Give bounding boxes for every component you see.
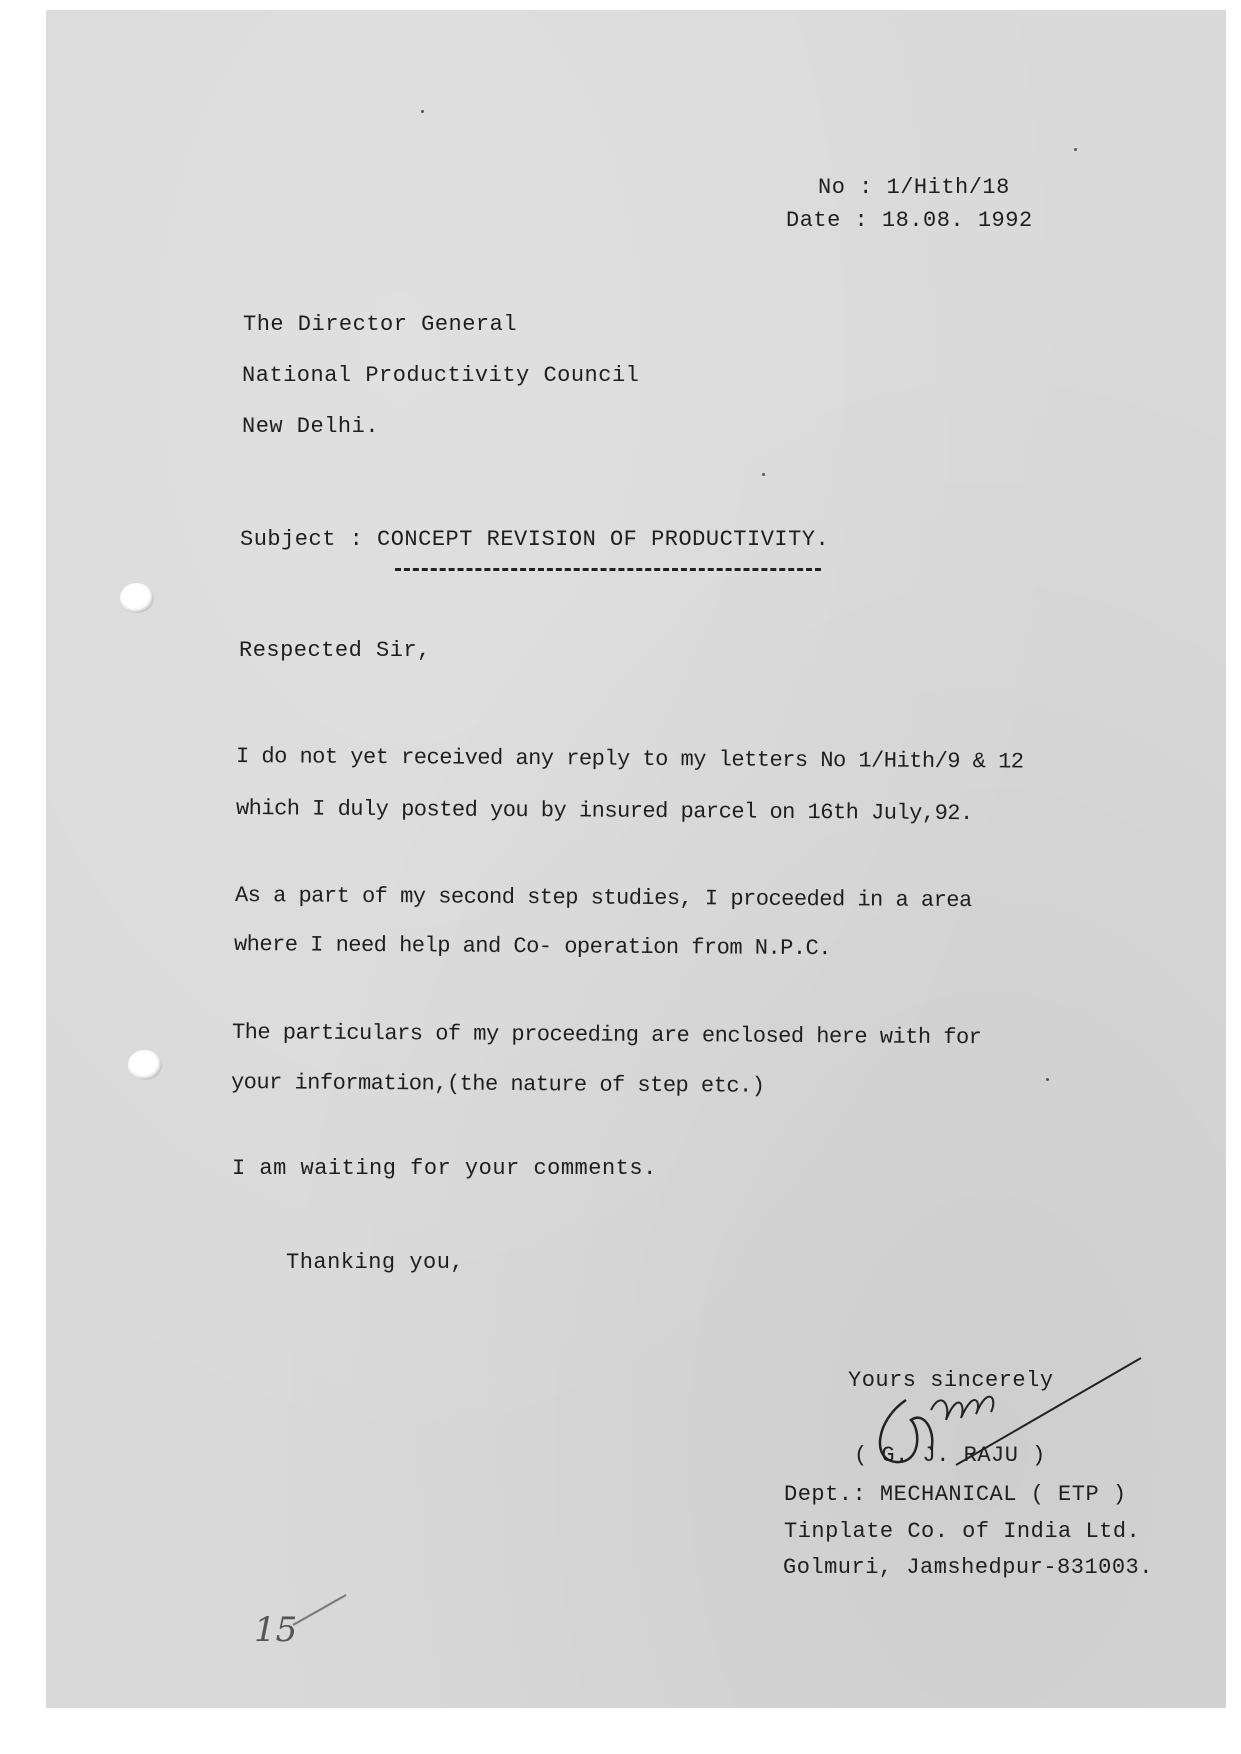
subject-text: CONCEPT REVISION OF PRODUCTIVITY.	[377, 527, 829, 552]
body-paragraph-1-line-2: which I duly posted you by insured parce…	[236, 796, 973, 826]
reference-date-label: Date	[786, 208, 841, 233]
recipient-line: National Productivity Council	[242, 363, 639, 388]
reference-no-value: 1/Hith/18	[887, 175, 1010, 200]
reference-no-label: No	[818, 175, 845, 200]
signer-address: Golmuri, Jamshedpur-831003.	[783, 1555, 1153, 1580]
paper-speck	[421, 110, 424, 113]
reference-date: Date : 18.08. 1992	[786, 208, 1033, 233]
body-paragraph-3-line-2: your information,(the nature of step etc…	[231, 1070, 765, 1099]
subject-label: Subject	[240, 527, 336, 552]
punch-hole-top	[120, 583, 154, 613]
subject-underline	[395, 568, 821, 571]
recipient-line: New Delhi.	[242, 414, 379, 439]
salutation: Respected Sir,	[239, 638, 431, 663]
paper-speck	[762, 473, 765, 476]
signer-department: Dept.: MECHANICAL ( ETP )	[784, 1482, 1127, 1507]
body-paragraph-2-line-1: As a part of my second step studies, I p…	[235, 883, 972, 913]
recipient-line: The Director General	[243, 312, 517, 337]
punch-hole-bottom	[128, 1050, 162, 1080]
reference-date-value: 18.08. 1992	[882, 208, 1033, 233]
body-paragraph-2-line-2: where I need help and Co- operation from…	[234, 932, 831, 961]
letter-page: No : 1/Hith/18 Date : 18.08. 1992 The Di…	[46, 10, 1226, 1708]
paper-speck	[1046, 1078, 1049, 1081]
reference-number: No : 1/Hith/18	[818, 175, 1010, 200]
body-paragraph-4-line-1: I am waiting for your comments.	[232, 1156, 657, 1181]
signature-name: ( G. J. RAJU )	[854, 1443, 1046, 1468]
pencil-stroke-icon	[291, 1590, 351, 1630]
thanks-line: Thanking you,	[286, 1250, 464, 1275]
subject-line: Subject : CONCEPT REVISION OF PRODUCTIVI…	[240, 527, 829, 552]
signer-company: Tinplate Co. of India Ltd.	[784, 1519, 1140, 1544]
paper-speck	[1074, 148, 1077, 151]
body-paragraph-3-line-1: The particulars of my proceeding are enc…	[232, 1020, 982, 1050]
body-paragraph-1-line-1: I do not yet received any reply to my le…	[236, 744, 1024, 774]
